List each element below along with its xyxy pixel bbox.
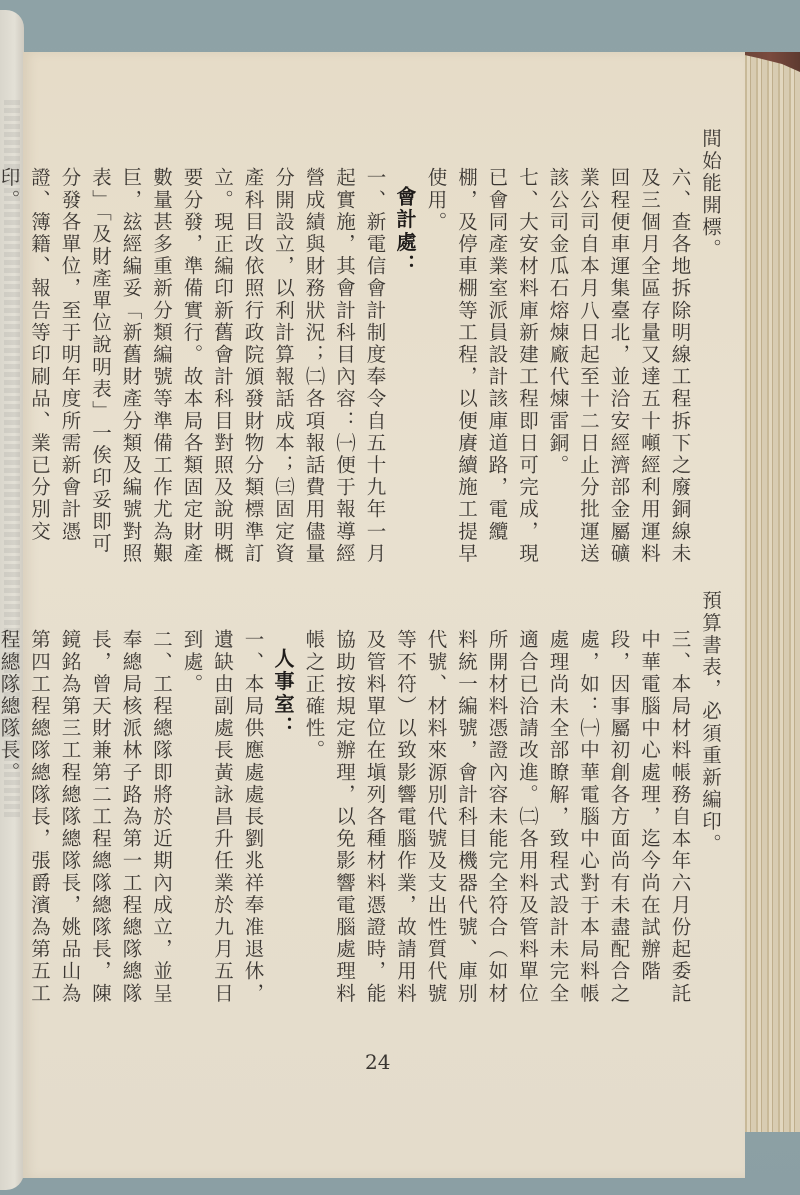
paragraph-personnel-1: 一、本局供應處處長劉兆祥奉准退休，遺缺由副處長黃詠昌升任業於九月五日到處。 <box>176 590 268 1020</box>
paragraph-item-6: 六、查各地拆除明線工程拆下之廢銅線未及三個月全區存量又達五十噸經利用運料回程便車… <box>542 128 695 568</box>
text-block-top: 間始能開標。 六、查各地拆除明線工程拆下之廢銅線未及三個月全區存量又達五十噸經利… <box>75 128 725 568</box>
paragraph-item-7: 七、大安材料庫新建工程即日可完成，現已會同產業室派員設計該庫道路，電纜棚，及停車… <box>420 128 542 568</box>
page-number: 24 <box>365 1050 390 1074</box>
section-heading-accounting: 會計處： <box>390 128 421 568</box>
paragraph-personnel-2: 二、工程總隊即將於近期內成立，並呈奉總局核派林子路為第一工程總隊總隊長，曾天財兼… <box>0 590 176 1020</box>
section-heading-personnel: 人事室： <box>268 590 299 1020</box>
paragraph-accounting-3: 三、本局材料帳務自本年六月份起委託中華電腦中心處理，迄今尚在試辦階段，因事屬初創… <box>298 590 695 1020</box>
paragraph-continuation: 預算書表，必須重新編印。 <box>695 590 726 1020</box>
text-block-bottom: 預算書表，必須重新編印。 三、本局材料帳務自本年六月份起委託中華電腦中心處理，迄… <box>75 590 725 1020</box>
book-page-stack-edge <box>740 52 800 1132</box>
paragraph-continuation: 間始能開標。 <box>695 128 726 568</box>
paragraph-accounting-1: 一、新電信會計制度奉令自五十九年一月起實施，其會計科目內容：㈠便于報導經營成績與… <box>0 128 390 568</box>
